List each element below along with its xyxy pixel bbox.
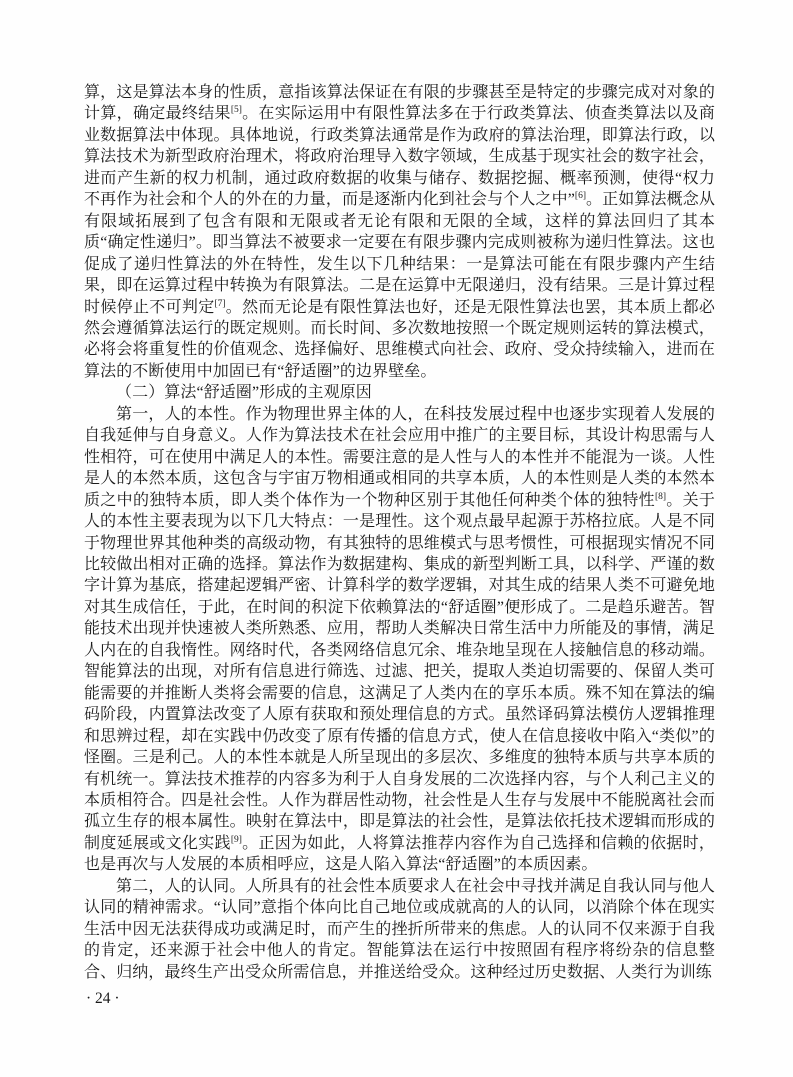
document-page: 算，这是算法本身的性质，意指该算法保证在有限的步骤甚至是特定的步骤完成对对象的计… — [0, 0, 793, 1077]
footnote-ref: [7] — [215, 299, 226, 309]
footnote-ref: [5] — [231, 105, 242, 115]
paragraph-first-human-nature: 第一，人的本性。作为物理世界主体的人，在科技发展过程中也逐步实现着人发展的自我延… — [84, 404, 715, 876]
page-number: · 24 · — [86, 990, 120, 1008]
body-text: 算，这是算法本身的性质，意指该算法保证在有限的步骤甚至是特定的步骤完成对对象的计… — [84, 82, 715, 983]
paragraph-continuation: 算，这是算法本身的性质，意指该算法保证在有限的步骤甚至是特定的步骤完成对对象的计… — [84, 82, 715, 382]
footnote-ref: [8] — [655, 492, 666, 502]
footnote-ref: [6] — [575, 191, 586, 201]
section-heading-2: （二）算法“舒适圈”形成的主观原因 — [84, 382, 715, 403]
footnote-ref: [9] — [231, 835, 242, 845]
paragraph-second-human-identity: 第二，人的认同。人所具有的社会性本质要求人在社会中寻找并满足自我认同与他人认同的… — [84, 876, 715, 983]
